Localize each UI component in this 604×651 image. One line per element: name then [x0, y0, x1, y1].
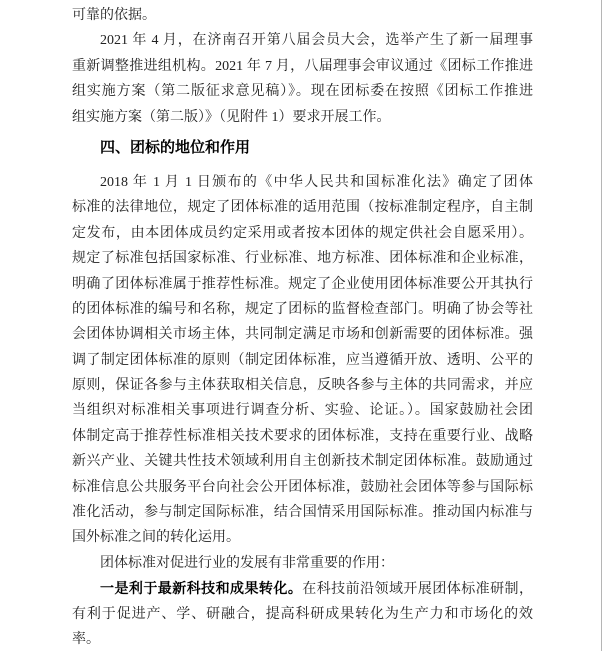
- text-line: 的团体标准的编号和名称，规定了团标的监督检查部门。明确了协会等社: [72, 297, 533, 322]
- text-line: 标准信息公共服务平台向社会公开团体标准，鼓励社会团体等参与国际标: [72, 475, 533, 500]
- text-line: 重新调整推进组机构。2021 年 7 月，八届理事会审议通过《团标工作推进: [72, 54, 533, 79]
- text-line: 率。: [72, 627, 533, 651]
- text-line: 国外标准之间的转化运用。: [72, 525, 533, 550]
- text-line: 体制定高于推荐性标准相关技术要求的团体标准，支持在重要行业、战略: [72, 424, 533, 449]
- page-content: 可靠的依据。 2021 年 4 月，在济南召开第八届会员大会，选举产生了新一届理…: [72, 3, 533, 651]
- text-line: 标准的法律地位，规定了团体标准的适用范围（按标准制定程序，自主制: [72, 195, 533, 220]
- text-line: 有利于促进产、学、研融合，提高科研成果转化为生产力和市场化的效: [72, 602, 533, 627]
- section-heading: 四、团标的地位和作用: [72, 135, 533, 161]
- text-line: 定发布，由本团体成员约定采用或者按本团体的规定供社会自愿采用）。: [72, 221, 533, 246]
- text-line: 一是利于最新科技和成果转化。在科技前沿领域开展团体标准研制，: [72, 576, 533, 601]
- text-line: 准化活动，参与制定国际标准，结合国情采用国际标准。推动国内标准与: [72, 500, 533, 525]
- bold-lead-text: 一是利于最新科技和成果转化。: [100, 580, 302, 596]
- text-line: 当组织对标准相关事项进行调查分析、实验、论证。）。国家鼓励社会团: [72, 398, 533, 423]
- page-edge-line: [601, 0, 602, 651]
- text-line: 组实施方案（第二版征求意见稿）》。现在团标委在按照《团标工作推进: [72, 79, 533, 104]
- paragraph: 2018 年 1 月 1 日颁布的《中华人民共和国标准化法》确定了团体 标准的法…: [72, 170, 533, 551]
- text-line: 规定了标准包括国家标准、行业标准、地方标准、团体标准和企业标准，: [72, 246, 533, 271]
- paragraph: 团体标准对促进行业的发展有非常重要的作用：: [72, 551, 533, 576]
- text-line: 调了制定团体标准的原则（制定团体标准，应当遵循开放、透明、公平的: [72, 348, 533, 373]
- text-line: 组实施方案（第二版）》（见附件 1）要求开展工作。: [72, 105, 533, 130]
- text-line: 2021 年 4 月，在济南召开第八届会员大会，选举产生了新一届理事会，: [72, 28, 533, 53]
- document-page: 可靠的依据。 2021 年 4 月，在济南召开第八届会员大会，选举产生了新一届理…: [0, 0, 604, 651]
- text-line: 原则，保证各参与主体获取相关信息，反映各参与主体的共同需求，并应: [72, 373, 533, 398]
- text-line: 新兴产业、关键共性技术领域利用自主创新技术制定团体标准。鼓励通过: [72, 449, 533, 474]
- text-line: 可靠的依据。: [72, 3, 533, 28]
- lead-rest-text: 在科技前沿领域开展团体标准研制，: [302, 582, 533, 597]
- text-line: 团体标准对促进行业的发展有非常重要的作用：: [72, 551, 533, 576]
- text-line: 2018 年 1 月 1 日颁布的《中华人民共和国标准化法》确定了团体: [72, 170, 533, 195]
- paragraph-continuation: 可靠的依据。: [72, 3, 533, 28]
- text-line: 明确了团体标准属于推荐性标准。规定了企业使用团体标准要公开其执行: [72, 272, 533, 297]
- paragraph: 一是利于最新科技和成果转化。在科技前沿领域开展团体标准研制， 有利于促进产、学、…: [72, 576, 533, 651]
- paragraph: 2021 年 4 月，在济南召开第八届会员大会，选举产生了新一届理事会， 重新调…: [72, 28, 533, 130]
- text-line: 会团体协调相关市场主体，共同制定满足市场和创新需要的团体标准。强: [72, 322, 533, 347]
